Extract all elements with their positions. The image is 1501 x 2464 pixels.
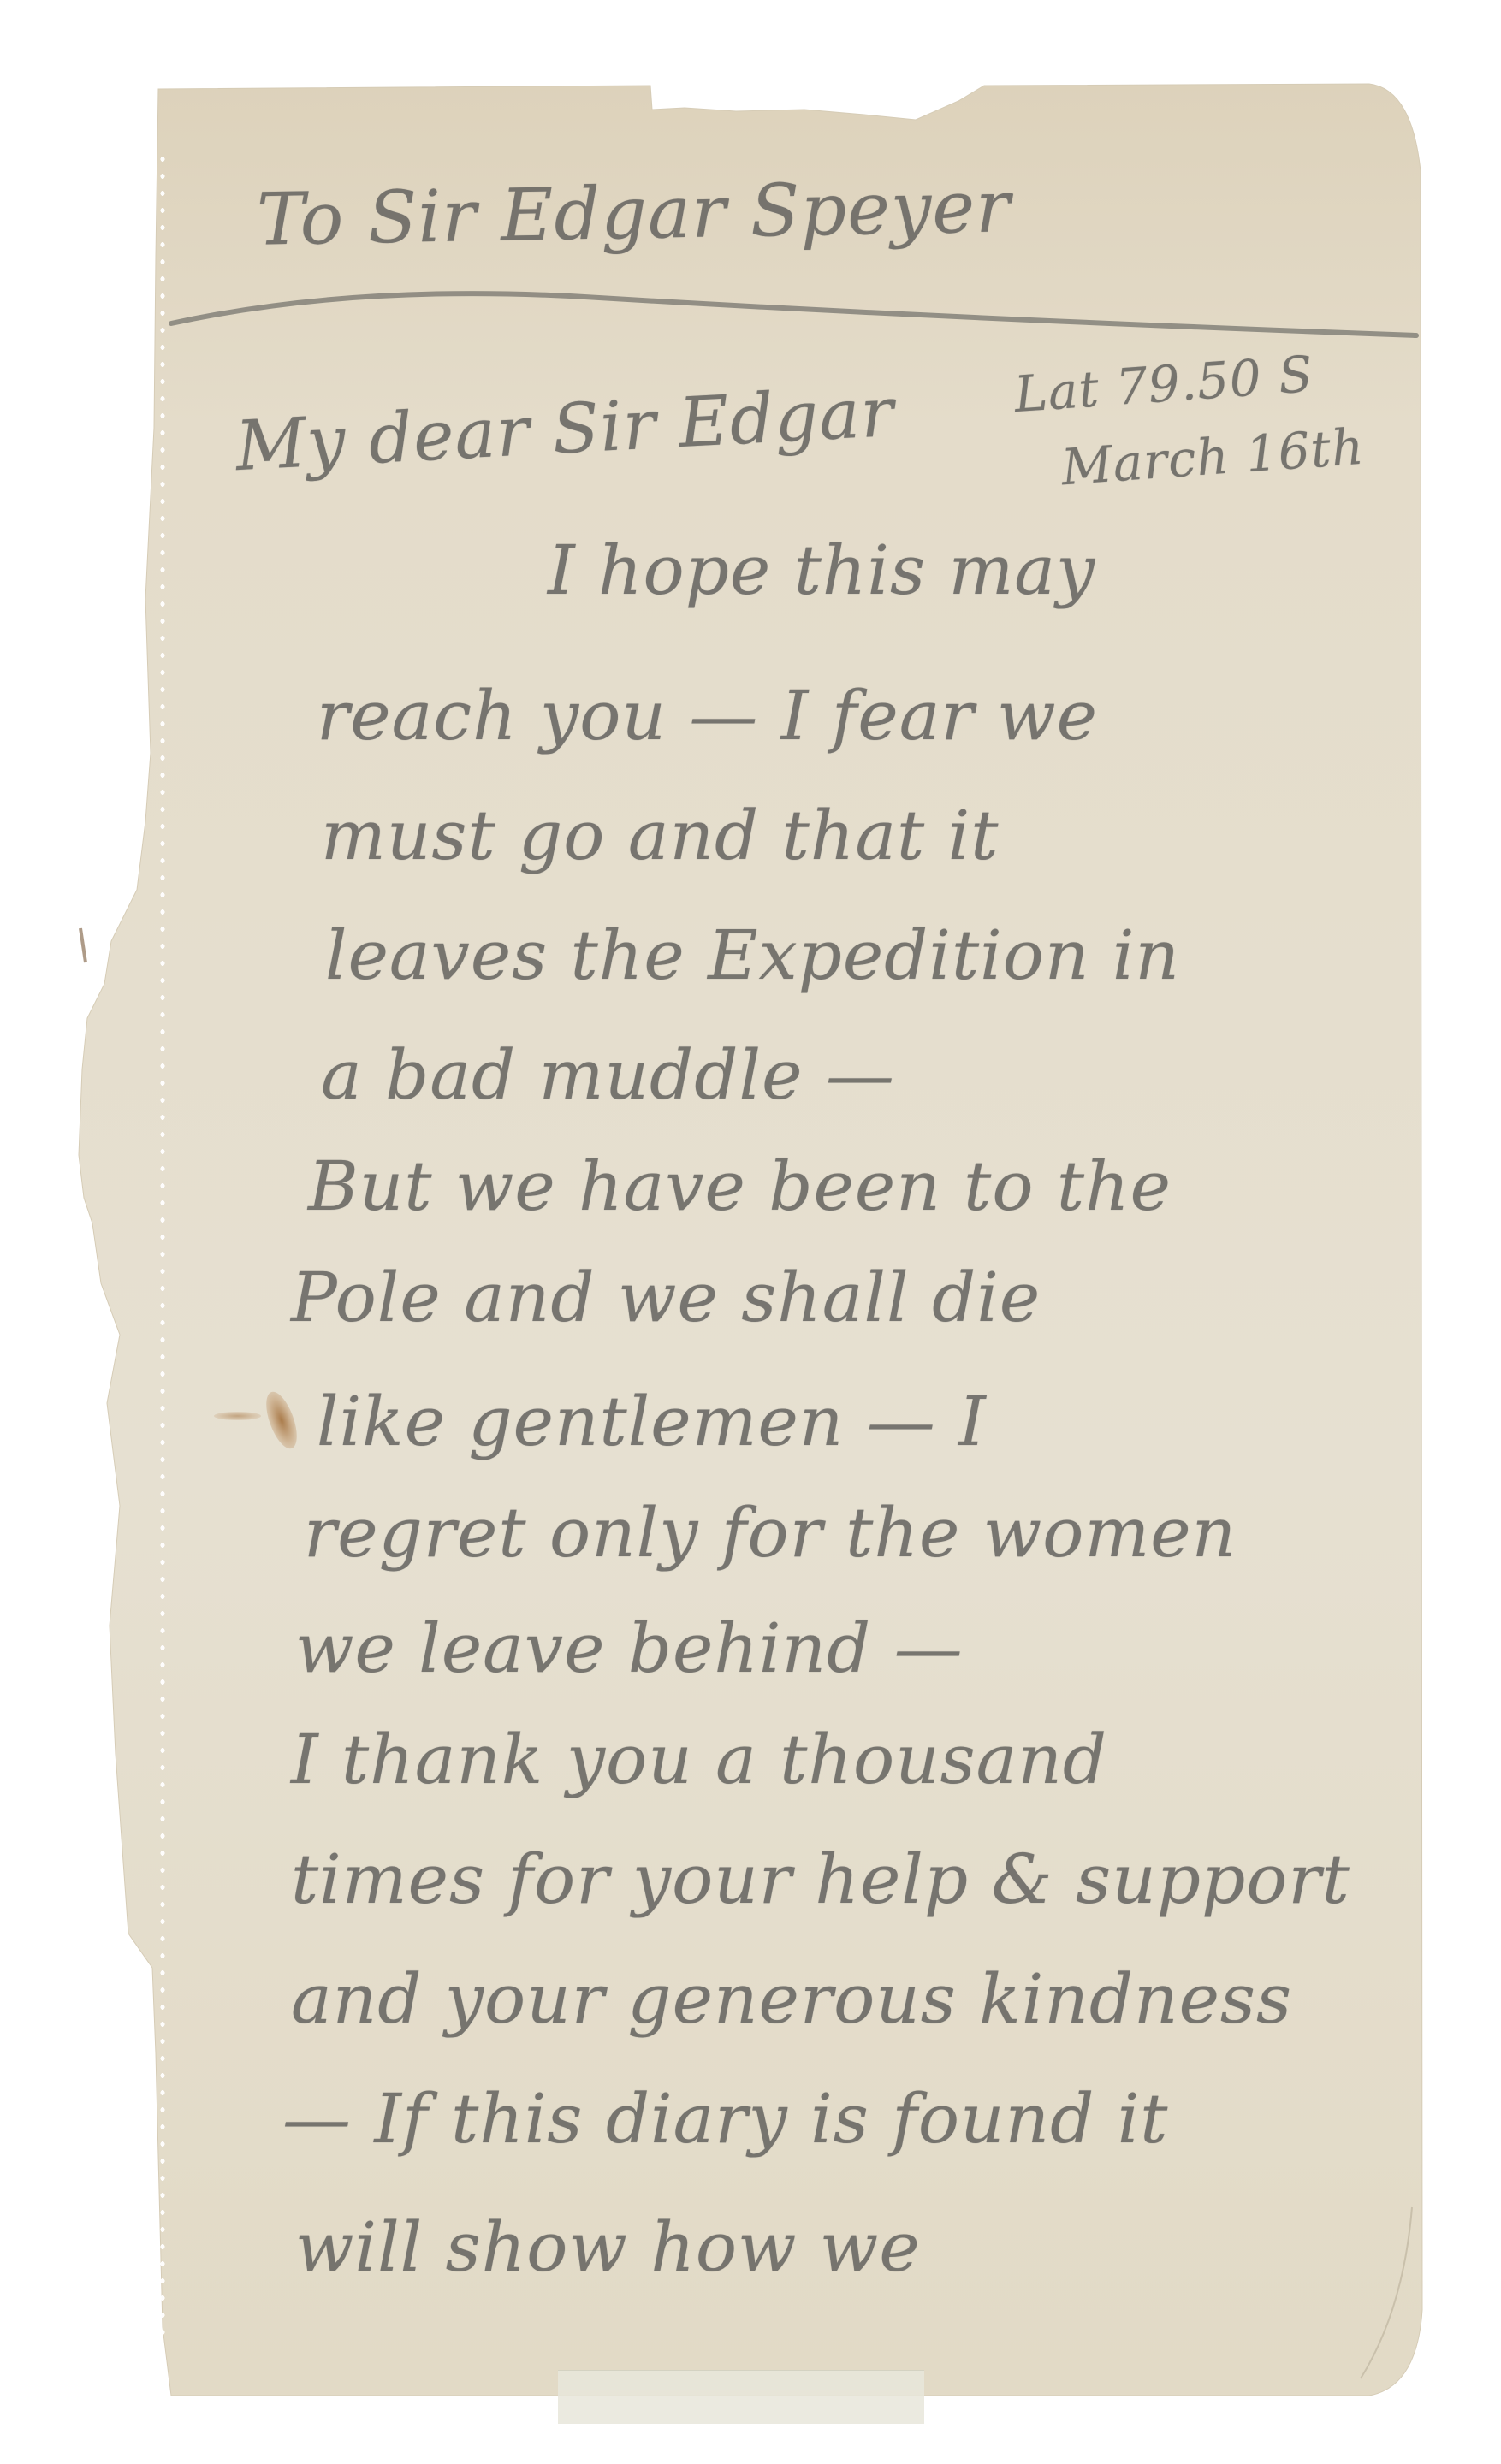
letter-line: reach you — I fear we <box>317 676 1098 755</box>
letter-line: and your generous kindness <box>291 1959 1292 2039</box>
letter-heading: To Sir Edgar Speyer <box>256 164 1012 261</box>
letter-line: will show how we <box>295 2207 921 2287</box>
letter-line: Pole and we shall die <box>291 1258 1041 1337</box>
letter-line: like gentlemen — I <box>317 1382 987 1461</box>
letter-line: I hope this may <box>548 530 1095 610</box>
letter-line: leaves the Expedition in <box>325 915 1180 995</box>
letter-sheet: To Sir Edgar Speyer My dear Sir Edgar La… <box>0 0 1501 2464</box>
letter-line: But we have been to the <box>308 1146 1172 1226</box>
letter-line: times for your help & support <box>291 1839 1350 1919</box>
letter-line: regret only for the women <box>304 1493 1237 1573</box>
hinge-tape <box>558 2370 924 2424</box>
letter-line: we leave behind — <box>295 1608 964 1688</box>
letter-line: must go and that it <box>321 796 999 875</box>
rust-stain-streak <box>214 1412 261 1420</box>
letter-line: I thank you a thousand <box>291 1720 1107 1799</box>
letter-line: a bad muddle — <box>321 1035 895 1115</box>
letter-line: — If this diary is found it <box>282 2079 1168 2159</box>
perforation-edge <box>159 154 166 2344</box>
